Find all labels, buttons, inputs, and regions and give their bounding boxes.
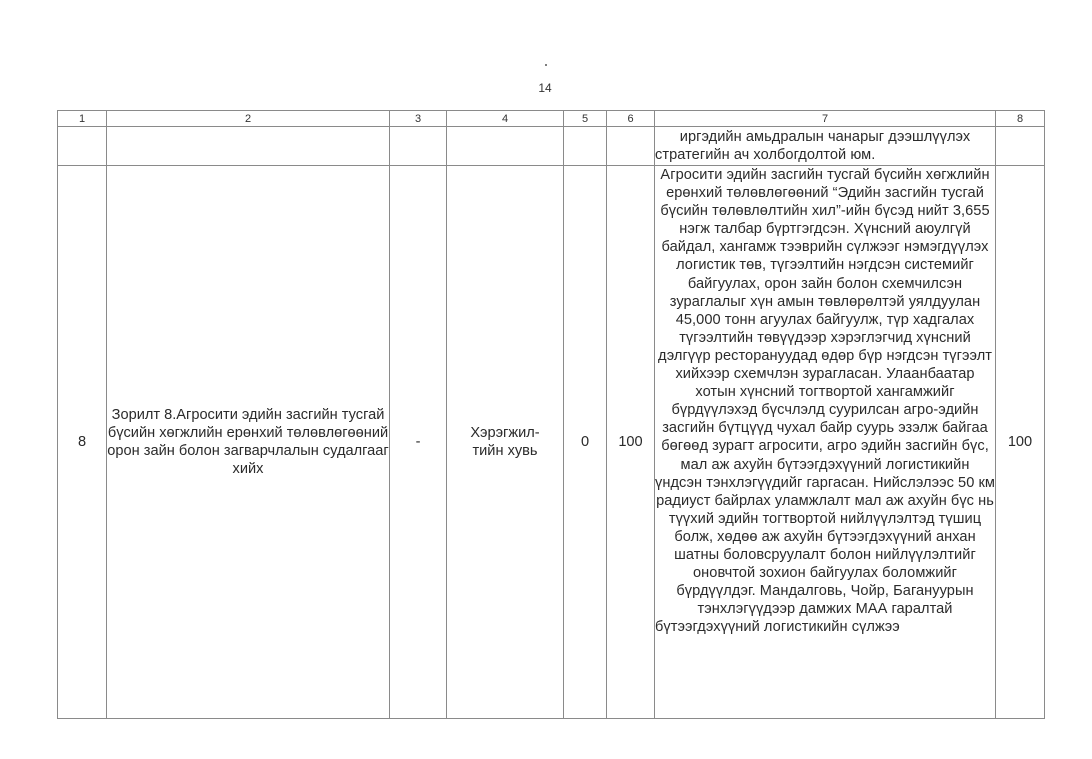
col-header-5: 5 [564,111,607,127]
cell-target-value [607,127,655,166]
cell-indicator: Хэрэгжил-тийн хувь [447,166,564,719]
report-table: 1 2 3 4 5 6 7 8 иргэдийн амьдралын чанар… [57,110,1045,719]
col-header-8: 8 [996,111,1045,127]
table-row: 8 Зорилт 8.Агросити эдийн засгийн тусгай… [58,166,1045,719]
col-header-1: 1 [58,111,107,127]
cell-start-value: 0 [564,166,607,719]
cell-start-value [564,127,607,166]
cell-progress-description: Агросити эдийн засгийн тусгай бүсийн хөг… [655,166,996,719]
cell-result [996,127,1045,166]
cell-progress-description: иргэдийн амьдралын чанарыг дээшлүүлэх ст… [655,127,996,166]
table-row: иргэдийн амьдралын чанарыг дээшлүүлэх ст… [58,127,1045,166]
col-header-3: 3 [390,111,447,127]
cell-result: 100 [996,166,1045,719]
cell-baseline: - [390,166,447,719]
cell-target-value: 100 [607,166,655,719]
col-header-7: 7 [655,111,996,127]
cell-index: 8 [58,166,107,719]
col-header-6: 6 [607,111,655,127]
cell-objective [107,127,390,166]
cell-baseline [390,127,447,166]
cell-objective: Зорилт 8.Агросити эдийн засгийн тусгай б… [107,166,390,719]
cell-indicator [447,127,564,166]
col-header-2: 2 [107,111,390,127]
page-number: 14 [520,81,570,95]
cell-index [58,127,107,166]
page-mark [545,64,547,66]
column-number-row: 1 2 3 4 5 6 7 8 [58,111,1045,127]
col-header-4: 4 [447,111,564,127]
